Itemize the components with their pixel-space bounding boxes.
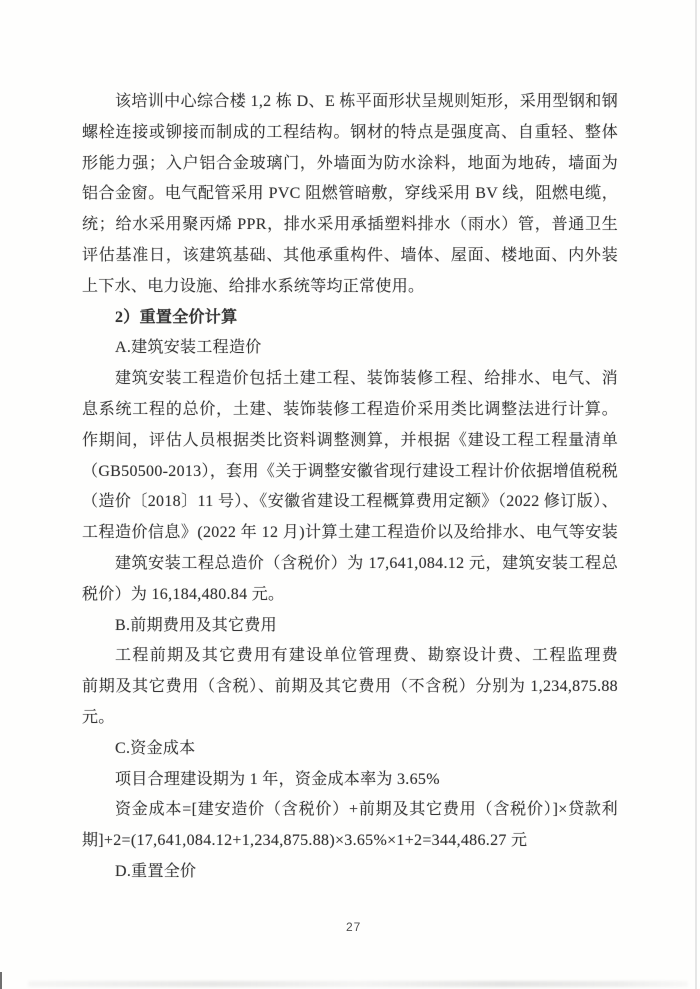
scan-bottom-ghost-band bbox=[28, 981, 688, 987]
text-line: （造价〔2018〕11 号）、《安徽省建设工程概算费用定额》（2022 修订版）… bbox=[82, 487, 618, 518]
text-line: 建筑安装工程总造价（含税价）为 17,641,084.12 元，建筑安装工程总造… bbox=[82, 549, 618, 580]
text-line: 该培训中心综合楼 1,2 栋 D、E 栋平面形状呈规则矩形，采用型钢和钢板通过焊… bbox=[82, 87, 618, 118]
text-line: A.建筑安装工程造价 bbox=[82, 333, 618, 364]
text-line: 税价）为 16,184,480.84 元。 bbox=[82, 580, 618, 611]
text-line: 作期间，评估人员根据类比资料调整测算，并根据《建设工程工程量清单计价规范》 bbox=[82, 426, 618, 457]
text-line: 形能力强；入户铝合金玻璃门，外墙面为防水涂料，地面为地砖，墙面为乳胶漆涂料， bbox=[82, 149, 618, 180]
document-page: 该培训中心综合楼 1,2 栋 D、E 栋平面形状呈规则矩形，采用型钢和钢板通过焊… bbox=[0, 0, 700, 989]
text-line: 螺栓连接或铆接而制成的工程结构。钢材的特点是强度高、自重轻、整体刚性好、变 bbox=[82, 118, 618, 149]
text-line: 铝合金窗。电气配管采用 PVC 阻燃管暗敷，穿线采用 BV 线，阻燃电缆，防雷接… bbox=[82, 179, 618, 210]
page-number: 27 bbox=[346, 920, 361, 934]
text-line: 评估基准日，该建筑基础、其他承重构件、墙体、屋面、楼地面、内外装修、门窗、 bbox=[82, 241, 618, 272]
text-line: 工程造价信息》(2022 年 12 月)计算土建工程造价以及给排水、电气等安装工… bbox=[82, 518, 618, 549]
text-line: C.资金成本 bbox=[82, 734, 618, 765]
text-line: 元。 bbox=[82, 703, 618, 734]
text-line: D.重置全价 bbox=[82, 857, 618, 888]
text-line: 2）重置全价计算 bbox=[82, 303, 618, 334]
text-line: 资金成本=[建安造价（含税价）+前期及其它费用（含税价）]×贷款利率×建设工 bbox=[82, 795, 618, 826]
text-line: 统；给水采用聚丙烯 PPR，排水采用承插塑料排水（雨水）管，普通卫生洁具。截止 bbox=[82, 210, 618, 241]
scan-bottom-left-edge-mark bbox=[0, 972, 2, 989]
text-line: 上下水、电力设施、给排水系统等均正常使用。 bbox=[82, 272, 618, 303]
text-line: 期]+2=(17,641,084.12+1,234,875.88)×3.65%×… bbox=[82, 826, 618, 857]
text-line: B.前期费用及其它费用 bbox=[82, 611, 618, 642]
scan-right-edge-line bbox=[695, 0, 697, 989]
text-line: 建筑安装工程造价包括土建工程、装饰装修工程、给排水、电气、消防及配套信 bbox=[82, 364, 618, 395]
text-line: 工程前期及其它费用有建设单位管理费、勘察设计费、工程监理费等，工程建设 bbox=[82, 641, 618, 672]
document-text-block: 该培训中心综合楼 1,2 栋 D、E 栋平面形状呈规则矩形，采用型钢和钢板通过焊… bbox=[82, 87, 618, 888]
text-line: 息系统工程的总价，土建、装饰装修工程造价采用类比调整法进行计算。评估现场工 bbox=[82, 395, 618, 426]
text-line: （GB50500-2013），套用《关于调整安徽省现行建设工程计价依据增值税税率… bbox=[82, 457, 618, 488]
text-line: 前期及其它费用（含税）、前期及其它费用（不含税）分别为 1,234,875.88… bbox=[82, 672, 618, 703]
text-line: 项目合理建设期为 1 年，资金成本率为 3.65% bbox=[82, 765, 618, 796]
